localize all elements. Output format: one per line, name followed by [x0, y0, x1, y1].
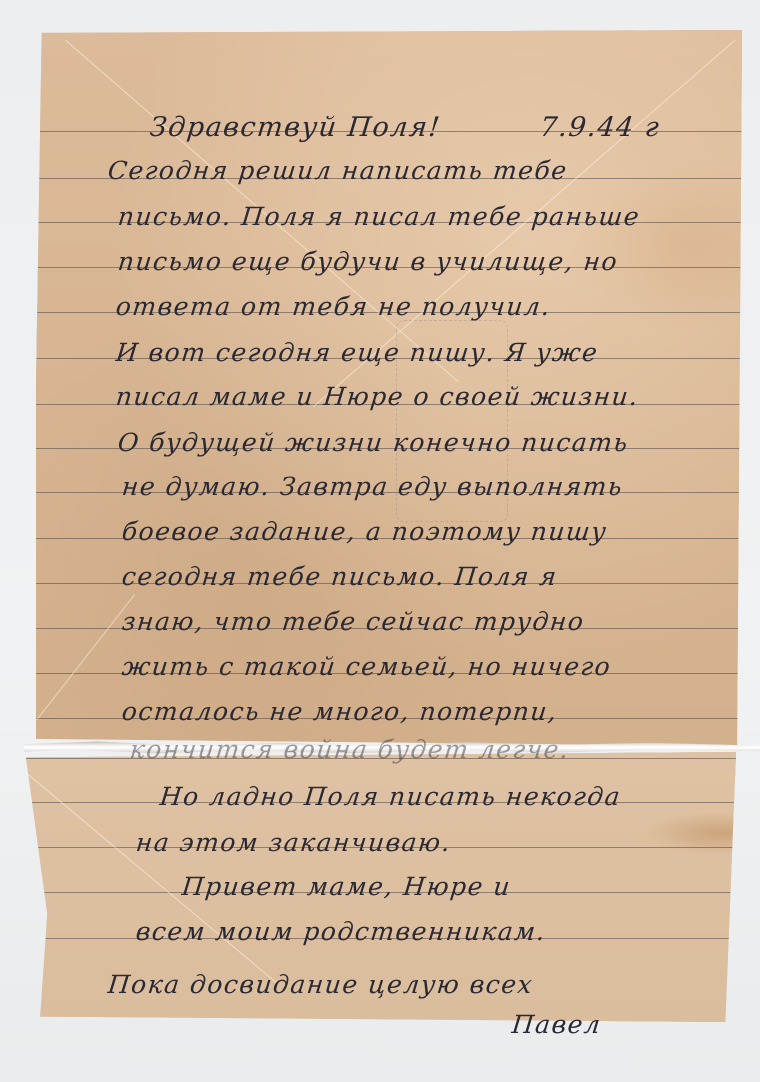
signature: Павел — [510, 1010, 603, 1039]
closing-line: на этом заканчиваю. — [134, 828, 452, 857]
closing-line: Привет маме, Нюре и — [180, 872, 512, 901]
closing-line: всем моим родственникам. — [134, 917, 547, 946]
letter-line: Сегодня решил написать тебе — [106, 156, 569, 185]
letter-line: жить с такой семьей, но ничего — [120, 652, 612, 681]
fold-crease — [36, 594, 135, 721]
closing-line: Но ладно Поля писать некогда — [158, 782, 622, 811]
letter-line: сегодня тебе письмо. Поля я — [120, 562, 559, 591]
letter-line: О будущей жизни конечно писать — [116, 428, 630, 457]
letter-line: осталось не много, потерпи, — [120, 697, 559, 726]
letter-line: письмо. Поля я писал тебе раньше — [116, 202, 641, 231]
letter-line: письмо еще будучи в училище, но — [116, 247, 619, 276]
letter-line: не думаю. Завтра еду выполнять — [120, 472, 624, 501]
letter-line: писал маме и Нюре о своей жизни. — [114, 382, 640, 411]
letter-line: знаю, что тебе сейчас трудно — [120, 607, 586, 636]
greeting: Здравствуй Поля! — [148, 112, 442, 143]
letter-line: боевое задание, а поэтому пишу — [120, 517, 608, 546]
letter-line: ответа от тебя не получил. — [114, 292, 552, 321]
closing-line: Пока досвидание целую всех — [106, 970, 534, 999]
letter-date: 7.9.44 г — [538, 112, 661, 143]
letter-line-torn: кончится война будет легче. — [128, 735, 571, 764]
letter-line: И вот сегодня еще пишу. Я уже — [114, 338, 600, 367]
photo-background: Здравствуй Поля! 7.9.44 г Сегодня решил … — [0, 0, 760, 1082]
